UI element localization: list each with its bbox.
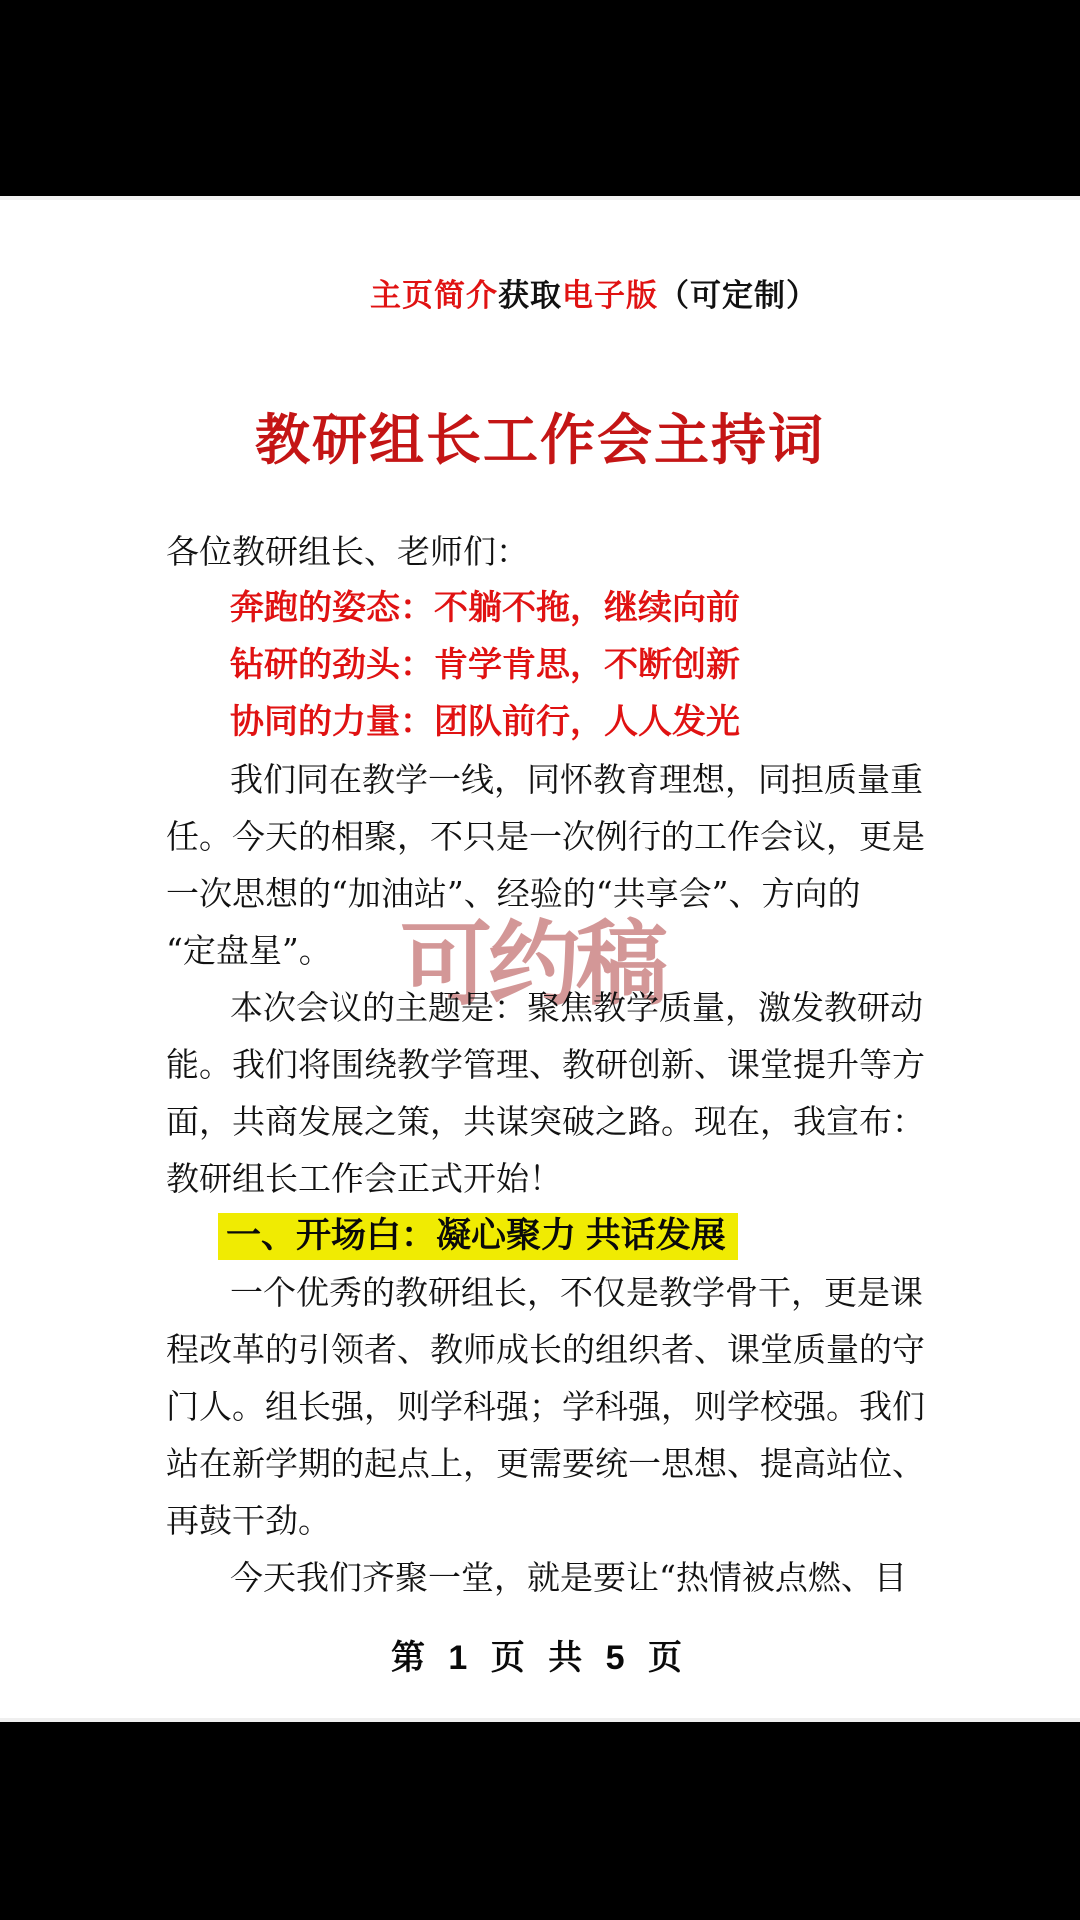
document-body: 各位教研组长、老师们：奔跑的姿态：不躺不拖，继续向前钻研的劲头：肯学肯思，不断创… [166, 523, 940, 1606]
promo-header-segment: 电子版 [562, 278, 658, 314]
doc-line: 我们同在教学一线，同怀教育理想，同担质量重 [166, 751, 940, 808]
letterbox-top [0, 0, 1080, 196]
promo-header: 主页简介获取电子版（可定制） [0, 270, 1080, 315]
doc-line: 一个优秀的教研组长，不仅是教学骨干，更是课 [166, 1264, 940, 1321]
page-number-footer: 第 1 页 共 5 页 [0, 1630, 1080, 1679]
doc-line: 教研组长工作会正式开始！ [166, 1150, 940, 1207]
letterbox-bottom [0, 1722, 1080, 1920]
doc-line: 站在新学期的起点上，更需要统一思想、提高站位、 [166, 1435, 940, 1492]
doc-line: 钻研的劲头：肯学肯思，不断创新 [166, 637, 940, 694]
doc-line: 协同的力量：团队前行，人人发光 [166, 694, 940, 751]
promo-header-segment: （可定制） [658, 278, 818, 314]
doc-line: 再鼓干劲。 [166, 1492, 940, 1549]
doc-line: 门人。组长强，则学科强；学科强，则学校强。我们 [166, 1378, 940, 1435]
screen: 主页简介获取电子版（可定制） 教研组长工作会主持词 可约稿 各位教研组长、老师们… [0, 0, 1080, 1920]
promo-header-segment: 获取 [498, 278, 562, 314]
doc-line: 本次会议的主题是：聚焦教学质量，激发教研动 [166, 979, 940, 1036]
page-top-edge [0, 196, 1080, 200]
document-title: 教研组长工作会主持词 [0, 396, 1080, 475]
promo-header-segment: 主页简介 [370, 278, 498, 314]
document-page: 主页简介获取电子版（可定制） 教研组长工作会主持词 可约稿 各位教研组长、老师们… [0, 196, 1080, 1722]
doc-line: 能。我们将围绕教学管理、教研创新、课堂提升等方 [166, 1036, 940, 1093]
doc-line: 一、开场白：凝心聚力 共话发展 [166, 1207, 940, 1264]
doc-line: 任。今天的相聚，不只是一次例行的工作会议，更是 [166, 808, 940, 865]
doc-line: 一次思想的“加油站”、经验的“共享会”、方向的 [166, 865, 940, 922]
doc-line: 程改革的引领者、教师成长的组织者、课堂质量的守 [166, 1321, 940, 1378]
doc-line: “定盘星”。 [166, 922, 940, 979]
section-heading-highlight: 一、开场白：凝心聚力 共话发展 [218, 1213, 738, 1260]
doc-line: 奔跑的姿态：不躺不拖，继续向前 [166, 580, 940, 637]
doc-line: 今天我们齐聚一堂，就是要让“热情被点燃、目 [166, 1549, 940, 1606]
doc-line: 各位教研组长、老师们： [166, 523, 940, 580]
doc-line: 面，共商发展之策，共谋突破之路。现在，我宣布： [166, 1093, 940, 1150]
